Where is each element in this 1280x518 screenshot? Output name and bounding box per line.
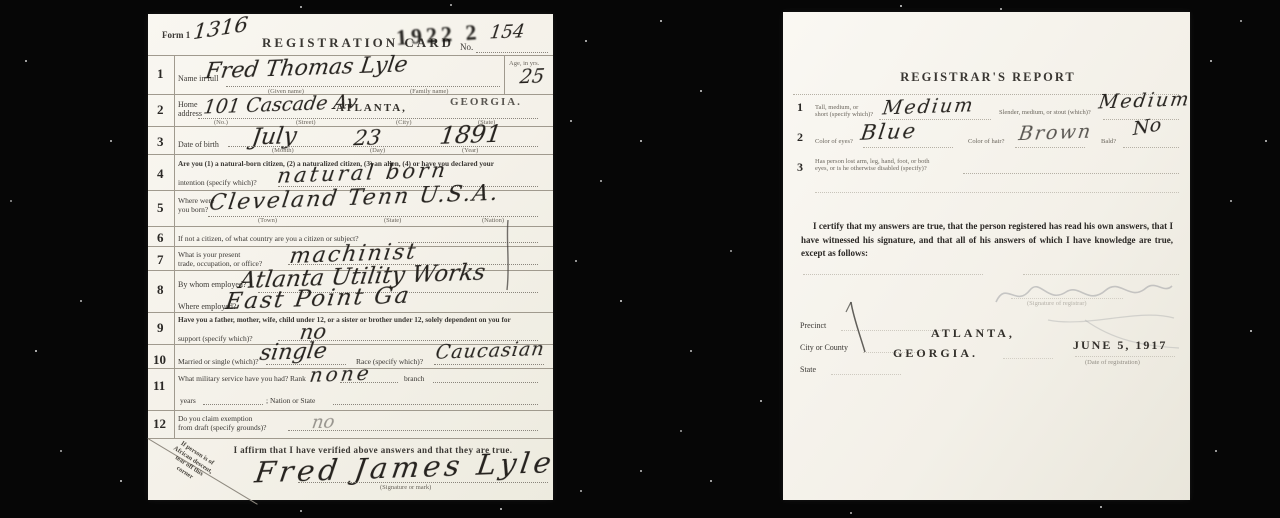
r1-number: 1 [797,100,803,115]
r1-answer-height: Medium [881,94,976,119]
q5-sub-state: (State) [384,217,401,224]
rule [148,410,553,411]
q1-answer-line [226,86,500,87]
age-answer: 25 [518,66,545,89]
q12-label-line2: from draft (specify grounds)? [178,423,267,432]
q10-number: 10 [153,352,166,368]
q11-nation-line [333,404,538,405]
report-title: REGISTRAR'S REPORT [883,70,1093,85]
q3-number: 3 [157,134,164,150]
q11-label-nation: ; Nation or State [266,396,315,405]
q5-label-line2: you born? [178,205,208,214]
q2-number: 2 [157,102,164,118]
q3-label: Date of birth [178,140,219,149]
stray-pen-stroke [504,220,512,292]
rule [148,312,553,313]
q2-city-stamp: ATLANTA, [336,102,407,114]
r3-answer-line2 [815,192,1179,193]
r2-eyes-line [863,147,953,148]
r2-hair-line [1015,147,1085,148]
precinct-label: Precinct [800,321,826,330]
q11-branch-line [433,382,538,383]
q11-label-years: years [180,396,196,405]
q12-number: 12 [153,416,166,432]
registrar-signature-caption: (Signature of registrar) [1027,300,1087,307]
state-label: State [800,365,816,374]
q5-number: 5 [157,200,164,216]
city-county-label: City or County [800,343,848,352]
signature-line [298,482,548,483]
q3-sub-year: (Year) [462,147,478,154]
rule [148,438,553,439]
q11-number: 11 [153,378,165,394]
rule [148,154,553,155]
r1-label-line2: short (specify which)? [815,111,873,118]
q5-sub-town: (Town) [258,217,277,224]
except-line-left [803,274,983,275]
q8-number: 8 [157,282,164,298]
q3-sub-day: (Day) [370,147,385,154]
date-stamp: JUNE 5, 1917 [1073,338,1167,353]
r1-label-line1: Tall, medium, or [815,104,858,111]
form-number-label: Form 1 [162,30,190,40]
q6-label: If not a citizen, of what country are yo… [178,234,359,243]
q12-label-line1: Do you claim exemption [178,414,252,423]
q8-label-by: By whom employed? [178,280,246,289]
q9-number: 9 [157,320,164,336]
q2-sub-street: (Street) [296,119,316,126]
age-box-line [504,55,505,94]
q1-sub-family: (Family name) [410,88,448,95]
q2-sub-city: (City) [396,119,412,126]
r1-label-build: Slender, medium, or stout (which)? [999,109,1091,116]
registrar-signature-line [1011,298,1123,299]
q1-answer-name: Fred Thomas Lyle [204,53,410,85]
q12-answer: no [310,412,336,434]
q6-number: 6 [157,230,164,246]
q7-label-line1: What is your present [178,250,240,259]
r2-answer-bald: No [1133,114,1162,141]
signature-caption: (Signature or mark) [380,484,431,491]
city-stamp: ATLANTA, [931,326,1015,341]
state-stamp: GEORGIA. [893,346,978,361]
rule [148,226,553,227]
q11-label-branch: branch [404,374,424,383]
q7-number: 7 [157,252,164,268]
q11-answer: none [308,361,373,387]
q11-label-service: What military service have you had? Rank [178,374,306,383]
registrars-report-card: REGISTRAR'S REPORT 1 Tall, medium, or sh… [783,12,1190,500]
city-line2 [1003,358,1053,359]
no-dotted-line [476,52,548,53]
state-line [831,374,901,375]
q4-number: 4 [157,166,164,182]
q2-state-stamp: GEORGIA. [450,96,522,108]
q10-answer-race: Caucasian [434,338,546,364]
q7-label-line2: trade, occupation, or office? [178,259,262,268]
q6-answer-line [398,242,538,243]
registration-card: Form 1 1316 REGISTRATION CARD 1922 2 No.… [148,14,553,500]
q11-years-line [203,404,263,405]
r3-label-line1: Has person lost arm, leg, hand, foot, or… [815,158,929,165]
r1-answer-build: Medium [1097,88,1192,113]
q4-label-line2: intention (specify which)? [178,178,257,187]
q1-number: 1 [157,66,164,82]
number-column-line [174,55,175,438]
q10-race-line [434,364,544,365]
date-caption: (Date of registration) [1085,359,1140,366]
q8-answer-where: East Point Ga [224,283,413,315]
r2-label-eyes: Color of eyes? [815,138,853,145]
r2-label-bald: Bald? [1101,138,1116,145]
date-line [1075,356,1175,357]
r3-label-line2: eyes, or is he otherwise disabled (speci… [815,165,927,172]
r3-number: 3 [797,160,803,175]
r2-answer-eyes: Blue [859,119,919,145]
certification-body: I certify that my answers are true, that… [801,221,1173,258]
corner-note: If person is of African descent, tear of… [150,429,232,497]
no-value: 154 [488,21,526,43]
q9-label-line1: Have you a father, mother, wife, child u… [178,315,511,324]
q5-sub-nation: (Nation) [482,217,504,224]
q9-label-line2: support (specify which)? [178,334,253,343]
certification-text: I certify that my answers are true, that… [801,220,1173,261]
no-label: No. [460,42,473,52]
r2-answer-hair: Brown [1017,121,1093,146]
r2-label-hair: Color of hair? [968,138,1004,145]
q2-label-home: Home [178,100,198,109]
r3-answer-line1 [963,173,1179,174]
scanned-document-viewer: Form 1 1316 REGISTRATION CARD 1922 2 No.… [0,0,1280,518]
q2-label-address: address [178,109,202,118]
q2-sub-no: (No.) [214,119,228,126]
q10-label-married: Married or single (which)? [178,357,259,366]
r2-number: 2 [797,130,803,145]
q3-sub-month: (Month) [272,147,294,154]
r2-bald-line [1123,147,1179,148]
